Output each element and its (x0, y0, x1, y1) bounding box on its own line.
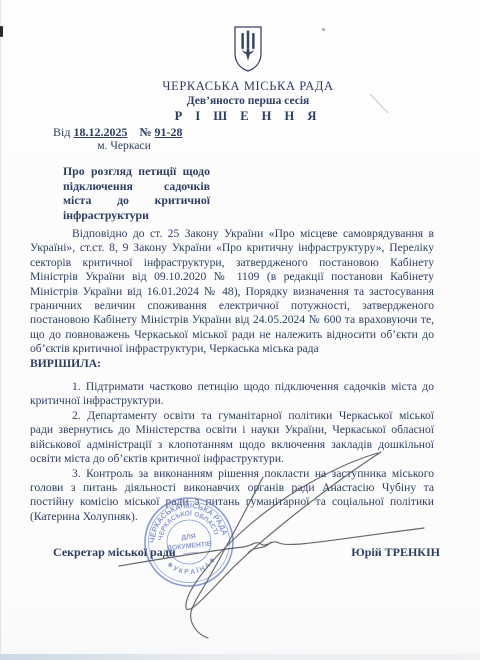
organization-name: ЧЕРКАСЬКА МІСЬКА РАДА (8, 79, 480, 94)
date-prefix: Від (53, 125, 70, 139)
scan-artifact-speck (0, 26, 3, 37)
document-header: ЧЕРКАСЬКА МІСЬКА РАДА Дев’яносто перша с… (8, 26, 480, 124)
date-and-number-row: Від 18.12.2025 № 91-28 (53, 125, 183, 140)
document-number: 91-28 (155, 125, 183, 139)
signature-row: Секретар міської ради Юрій ТРЕНКІН (53, 545, 440, 560)
subject-block: Про розгляд петиції щодо підключення сад… (63, 164, 210, 222)
city-label: м. Черкаси (53, 139, 195, 152)
number-sign: № (139, 125, 151, 139)
resolution-item-2: 2. Департаменту освіти та гуманітарної п… (30, 409, 434, 467)
stamp-center-line1: ДЛЯ (181, 533, 196, 541)
preamble-paragraph: Відповідно до ст. 25 Закону України «Про… (30, 227, 434, 357)
resolved-label: ВИРІШИЛА: (30, 357, 434, 371)
document-date: 18.12.2025 (73, 125, 127, 139)
resolution-item-1: 1. Підтримати частково петицію щодо підк… (30, 380, 434, 409)
session-title: Дев’яносто перша сесія (8, 95, 480, 107)
signer-title: Секретар міської ради (53, 545, 176, 560)
document-type-title: Р І Ш Е Н Н Я (8, 109, 480, 124)
official-round-stamp: ЧЕРКАСЬКА МІСЬКА РАДА ЧЕРКАСЬКОЇ ОБЛАСТІ… (118, 471, 261, 614)
signer-name: Юрій ТРЕНКІН (351, 545, 440, 560)
scan-edge-left (0, 0, 1, 660)
scanned-decision-document: ЧЕРКАСЬКА МІСЬКА РАДА Дев’яносто перша с… (0, 0, 480, 660)
ukraine-trident-emblem-icon (233, 26, 263, 72)
scan-edge-bottom (0, 654, 480, 660)
